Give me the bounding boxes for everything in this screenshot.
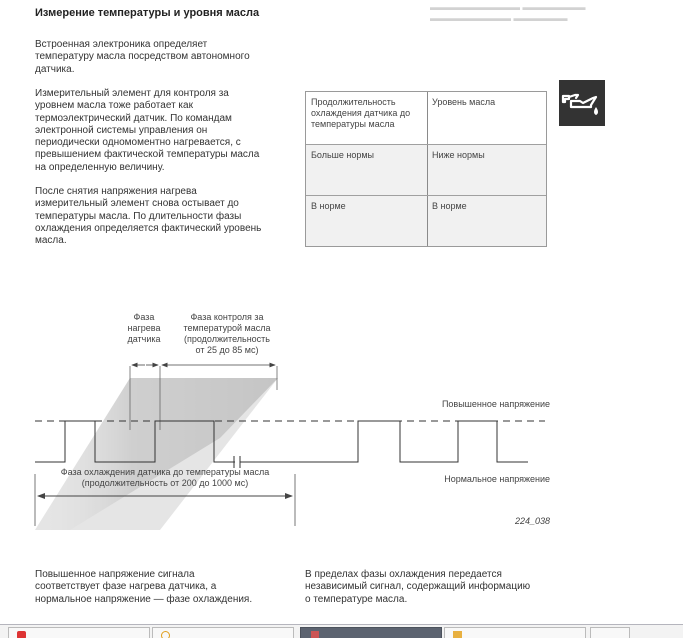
cooling-phase-label: Фаза охлаждения датчика до температуры м… [30,467,300,489]
folder-icon [453,631,462,638]
app-icon [311,631,319,638]
normal-voltage-label: Нормальное напряжение [420,474,550,485]
control-phase-label: Фаза контроля затемпературой масла(продо… [172,312,282,356]
paragraph-1: Встроенная электроника определяеттемпера… [35,39,295,76]
paragraph-3: После снятия напряжения нагреваизмерител… [35,186,295,247]
bleed-through-text: ▬▬▬▬▬▬▬▬▬▬ ▬▬▬▬▬▬▬▬▬▬▬▬▬▬▬▬ ▬▬▬▬▬▬ [430,2,586,24]
table-cell: Больше нормы [306,145,427,166]
table-header-level: Уровень масла [427,92,546,144]
taskbar-tab[interactable] [444,627,586,638]
high-voltage-label: Повышенное напряжение [420,399,550,410]
figure-id: 224_038 [500,516,550,527]
signal-diagram [0,290,683,540]
paragraph-2: Измерительный элемент для контроля зауро… [35,88,295,174]
taskbar-tab[interactable] [590,627,630,638]
oil-level-table: Продолжительность охлаждения датчика до … [305,91,547,247]
table-divider [306,195,546,196]
taskbar-tab[interactable] [8,627,150,638]
app-icon [161,631,170,638]
taskbar-tab-active[interactable] [300,627,442,638]
table-header-duration: Продолжительность охлаждения датчика до … [306,92,427,144]
page-title: Измерение температуры и уровня масла [35,7,259,19]
table-divider [306,144,546,145]
table-cell: В норме [306,196,427,217]
footer-left-text: Повышенное напряжение сигналасоответству… [35,569,252,606]
table-cell: В норме [427,196,546,217]
oil-can-icon [559,80,605,126]
footer-right-text: В пределах фазы охлаждения передаетсянез… [305,569,530,606]
heating-phase-label: Фазанагревадатчика [118,312,170,345]
table-divider [427,92,428,246]
taskbar-tab[interactable] [152,627,294,638]
taskbar [0,624,683,638]
table-cell: Ниже нормы [427,145,546,166]
app-icon [17,631,26,638]
